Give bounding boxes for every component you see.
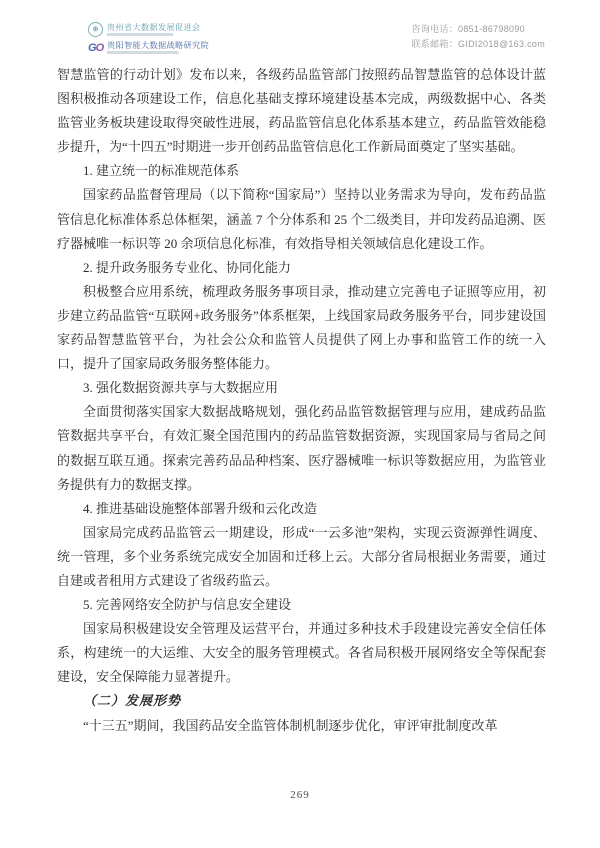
paragraph: “十三五”期间，我国药品安全监管体制机制逐步优化，审评审批制度改革 (57, 714, 546, 738)
contact-phone-label: 咨询电话： (412, 24, 459, 34)
sub-heading: （二）发展形势 (57, 689, 546, 713)
association-logo-text: 贵州省大数据发展促进会 (107, 23, 201, 36)
paragraph: 国家局积极建设安全管理及运营平台，并通过多种技术手段建设完善安全信任体系，构建统… (57, 617, 546, 689)
association-logo-subtext-line (107, 33, 201, 36)
contact-phone-line: 咨询电话：0851-86798090 (412, 22, 546, 37)
section-heading: 1. 建立统一的标准规范体系 (57, 159, 546, 183)
association-logo: ⊕ 贵州省大数据发展促进会 (88, 22, 209, 37)
document-body: 智慧监管的行动计划》发布以来，各级药品监管部门按照药品智慧监管的总体设计蓝图积极… (57, 63, 546, 738)
association-logo-name: 贵州省大数据发展促进会 (107, 23, 201, 32)
page-footer: 269 (0, 789, 600, 801)
contact-phone-value: 0851-86798090 (458, 24, 525, 34)
institute-logo-text: 贵阳智能大数据战略研究院 (107, 41, 209, 54)
page-number: 269 (290, 789, 310, 801)
institute-logo: GO 贵阳智能大数据战略研究院 (88, 41, 209, 54)
paragraph-continuation: 智慧监管的行动计划》发布以来，各级药品监管部门按照药品智慧监管的总体设计蓝图积极… (57, 63, 546, 159)
institute-logo-subtext-line (107, 51, 209, 54)
go-monogram-icon: GO (88, 42, 103, 54)
contact-email-line: 联系邮箱：GIDI2018@163.com (412, 37, 546, 52)
section-heading: 5. 完善网络安全防护与信息安全建设 (57, 593, 546, 617)
section-heading: 2. 提升政务服务专业化、协同化能力 (57, 256, 546, 280)
page-header: ⊕ 贵州省大数据发展促进会 GO 贵阳智能大数据战略研究院 咨询电话：0851-… (88, 22, 545, 54)
section-heading: 3. 强化数据资源共享与大数据应用 (57, 376, 546, 400)
contact-email-label: 联系邮箱： (412, 39, 459, 49)
paragraph: 积极整合应用系统，梳理政务服务事项目录，推动建立完善电子证照等应用，初步建立药品… (57, 280, 546, 376)
document-page: ⊕ 贵州省大数据发展促进会 GO 贵阳智能大数据战略研究院 咨询电话：0851-… (0, 0, 600, 848)
paragraph: 国家局完成药品监管云一期建设，形成“一云多池”架构，实现云资源弹性调度、统一管理… (57, 521, 546, 593)
globe-icon: ⊕ (88, 22, 103, 37)
contact-email-value: GIDI2018@163.com (458, 39, 545, 49)
paragraph: 全面贯彻落实国家大数据战略规划，强化药品监管数据管理与应用，建成药品监管数据共享… (57, 400, 546, 496)
section-heading: 4. 推进基础设施整体部署升级和云化改造 (57, 497, 546, 521)
institute-logo-name: 贵阳智能大数据战略研究院 (107, 41, 209, 50)
contact-info: 咨询电话：0851-86798090 联系邮箱：GIDI2018@163.com (412, 22, 546, 52)
logo-stack: ⊕ 贵州省大数据发展促进会 GO 贵阳智能大数据战略研究院 (88, 22, 209, 54)
paragraph: 国家药品监督管理局（以下简称“国家局”）坚持以业务需求为导向，发布药品监管信息化… (57, 183, 546, 255)
